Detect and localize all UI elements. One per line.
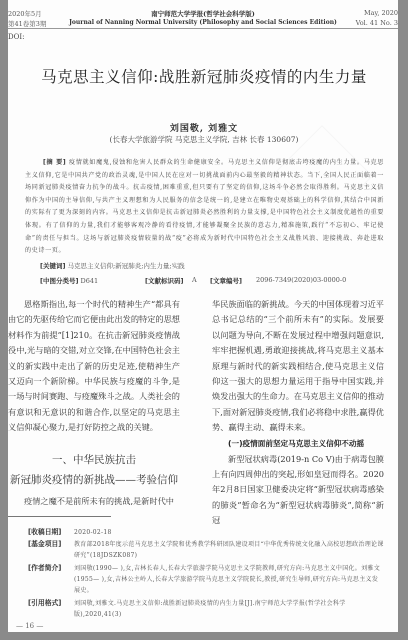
footnote-received: [收稿日期] 2020-02-18 (28, 527, 384, 538)
article-authors: 刘国敬, 刘雅文 (0, 121, 408, 134)
keywords-text: 马克思主义信仰;新冠肺炎;内生力量;实践 (68, 262, 185, 270)
abstract-label: [摘 要] (43, 159, 66, 166)
footnote-text: 刘国敬,刘雅文.马克思主义信仰:战胜新冠肺炎疫情的内生力量[J].南宁师范大学学… (74, 598, 384, 620)
doc-code-label: [文献标识码] (145, 276, 183, 285)
footnote-label: [引用格式] (28, 598, 61, 609)
header-journal-cn: 南宁师范大学学报(哲学社会科学版) (8, 9, 398, 18)
header-divider (8, 28, 398, 29)
footnote-text: 刘国敬(1990— ),女,吉林长春人,长春大学旅游学院马克思主义学院教师,研究… (74, 563, 384, 596)
footnote-label: [基金项目] (28, 539, 61, 550)
author-affiliation: (长春大学旅游学院 马克思主义学院, 吉林 长春 130607) (0, 134, 408, 145)
keywords-label: [关键词] (40, 262, 65, 270)
body-paragraph: 疫情之魔不是前所未有的挑战,是新时代中 (8, 494, 180, 509)
footnote-author-bio: [作者简介] 刘国敬(1990— ),女,吉林长春人,长春大学旅游学院马克思主义… (28, 563, 384, 596)
classification-row: [中图分类号] D641 [文献标识码] A [文章编号] 2096-7349(… (40, 276, 380, 285)
footnote-funding: [基金项目] 教育部2018年度示范马克思主义学院和优秀教学科研团队建设项目“中… (28, 539, 384, 561)
section-heading-line1: 一、中华民族抗击 (8, 450, 180, 470)
footnote-text: 2020-02-18 (74, 527, 384, 538)
abstract: [摘 要] 疫情就如魔鬼,侵蚀和危害人民群众的生命健康安全。马克思主义信仰是彻底… (25, 157, 384, 258)
clc-label: [中图分类号] (40, 277, 78, 285)
doc-code-value: A (192, 276, 197, 284)
body-paragraph: 华民族面临的新挑战。今天的中国体现着习近平总书记总结的“三个前所未有”的实际。发… (212, 297, 384, 436)
footnote-divider (8, 516, 111, 517)
body-column-left: 恩格斯指出,每一个时代的精神生产“都具有由它的先驱传给它而它便由此出发的特定的思… (8, 297, 180, 509)
subsection-heading: (一)疫情面前坚定马克思主义信仰不动摇 (212, 436, 384, 452)
footnote-citation: [引用格式] 刘国敬,刘雅文.马克思主义信仰:战胜新冠肺炎疫情的内生力量[J].… (28, 598, 384, 620)
body-paragraph: 恩格斯指出,每一个时代的精神生产“都具有由它的先驱传给它而它便由此出发的特定的思… (8, 297, 180, 436)
article-number-value: 2096-7349(2020)03-0000-0 (256, 276, 346, 284)
footnote-label: [作者简介] (28, 563, 61, 574)
article-number-label: [文章编号] (210, 276, 242, 285)
page-number: — 16 — (16, 622, 43, 630)
header-date-en: May, 2020 (364, 9, 398, 17)
footnote-label: [收稿日期] (28, 527, 61, 538)
clc-value: D641 (81, 277, 99, 285)
keywords: [关键词] 马克思主义信仰;新冠肺炎;内生力量;实践 (40, 261, 185, 270)
body-column-right: 华民族面临的新挑战。今天的中国体现着习近平总书记总结的“三个前所未有”的实际。发… (212, 297, 384, 529)
body-paragraph: 新型冠状病毒(2019-n Co V)由于病毒包膜上有向四周伸出的突起,形如皇冠… (212, 452, 384, 529)
article-title: 马克思主义信仰:战胜新冠肺炎疫情的内生力量 (0, 65, 408, 87)
doi-label: DOI: (8, 33, 24, 41)
footnote-text: 教育部2018年度示范马克思主义学院和优秀教学科研团队建设项目“中华优秀传统文化… (74, 539, 384, 561)
section-heading-line2: 新冠肺炎疫情的新挑战——考验信仰 (8, 470, 180, 490)
abstract-text: 疫情就如魔鬼,侵蚀和危害人民群众的生命健康安全。马克思主义信仰是彻底击垮疫魔的内… (25, 159, 384, 254)
header-volume-en: Vol. 41 No. 3 (356, 19, 398, 27)
header-journal-en: Journal of Nanning Normal University (Ph… (8, 19, 398, 26)
